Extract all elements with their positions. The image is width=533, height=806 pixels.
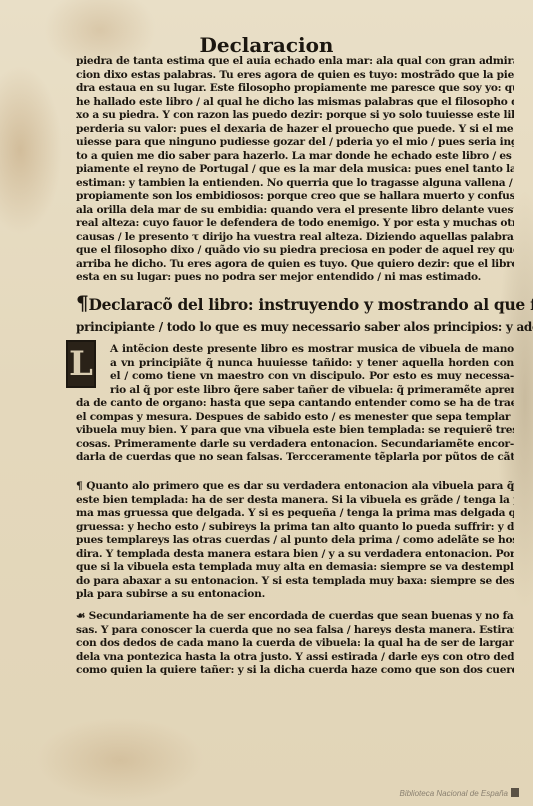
watermark-text: Biblioteca Nacional de España	[399, 789, 508, 798]
text-line: causas / le presento τ dirijo ha vuestra…	[76, 231, 514, 245]
manuscript-page: Declaracion piedra de tanta estima que e…	[0, 0, 533, 806]
text-line: ma mas gruessa que delgada. Y si es pequ…	[76, 507, 514, 521]
text-line: propiamente son los embidiosos: porque c…	[76, 190, 514, 204]
text-line: como quien la quiere tañer: y si la dich…	[76, 664, 514, 678]
section-heading-line-1: ¶Declaracõ del libro: instruyendo y most…	[76, 290, 516, 318]
text-line: sas. Y para conoscer la cuerda que no se…	[76, 624, 514, 638]
text-line: el compas y mesura. Despues de sabido es…	[76, 411, 514, 425]
text-line: do para abaxar a su entonacion. Y si est…	[76, 575, 514, 589]
text-line: rio al q̃ por este libro q̃ere saber tañ…	[76, 384, 514, 398]
text-line: to a quien me dio saber para hazerlo. La…	[76, 150, 514, 164]
text-line: piedra de tanta estima que el auia echad…	[76, 55, 514, 69]
text-line: pues templareys las otras cuerdas / al p…	[76, 534, 514, 548]
paragraph-3: ¶ Quanto alo primero que es dar su verda…	[76, 480, 514, 602]
section-heading-line-2: principiante / todo lo que es muy necess…	[76, 318, 516, 336]
text-line: real alteza: cuyo fauor le defendera de …	[76, 217, 514, 231]
running-head: Declaracion	[0, 33, 533, 57]
text-line: dira. Y templada desta manera estara bie…	[76, 548, 514, 562]
text-line: arriba he dicho. Tu eres agora de quien …	[76, 258, 514, 272]
text-line: ¶ Quanto alo primero que es dar su verda…	[76, 480, 514, 494]
text-line: he hallado este libro / al qual he dicho…	[76, 96, 514, 110]
section-heading: ¶Declaracõ del libro: instruyendo y most…	[76, 290, 516, 336]
paragraph-1: piedra de tanta estima que el auia echad…	[76, 55, 514, 285]
text-line: estiman: y tambien la entienden. No quer…	[76, 177, 514, 191]
text-line: darla de cuerdas que no sean falsas. Ter…	[76, 451, 514, 465]
paragraph-2: A intẽcion deste presente libro es mostr…	[76, 343, 514, 465]
text-line: con dos dedos de cada mano la cuerda de …	[76, 637, 514, 651]
text-line: dela vna pontezica hasta la otra justo. …	[76, 651, 514, 665]
text-line: este bien templada: ha de ser desta mane…	[76, 494, 514, 508]
pilcrow-icon: ¶	[76, 291, 88, 315]
text-line: uiesse para que ninguno pudiesse gozar d…	[76, 136, 514, 150]
text-line: da de canto de organo: hasta que sepa ca…	[76, 397, 514, 411]
text-line: a vn principiãte q̃ nunca huuiesse tañid…	[76, 357, 514, 371]
text-line: piamente el reyno de Portugal / que es l…	[76, 163, 514, 177]
text-line: A intẽcion deste presente libro es mostr…	[76, 343, 514, 357]
text-line: cion dixo estas palabras. Tu eres agora …	[76, 69, 514, 83]
library-logo-icon	[511, 788, 519, 797]
text-line: pla para subirse a su entonacion.	[76, 588, 514, 602]
text-line: que el filosopho dixo / quãdo vio su pie…	[76, 244, 514, 258]
text-line: el / como tiene vn maestro con vn discip…	[76, 370, 514, 384]
library-watermark: Biblioteca Nacional de España	[399, 788, 519, 798]
text-line: dra estaua en su lugar. Este filosopho p…	[76, 82, 514, 96]
text-line: que si la vibuela esta templada muy alta…	[76, 561, 514, 575]
text-line: cosas. Primeramente darle su verdadera e…	[76, 438, 514, 452]
text-line: perderia su valor: pues el dexaria de ha…	[76, 123, 514, 137]
text-line: xo a su piedra. Y con razon las puedo de…	[76, 109, 514, 123]
text-line: esta en su lugar: pues no podra ser mejo…	[76, 271, 514, 285]
text-line: gruessa: y hecho esto / subireys la prim…	[76, 521, 514, 535]
text-line: vibuela muy bien. Y para que vna vibuela…	[76, 424, 514, 438]
text-line: ala orilla dela mar de su embidia: quand…	[76, 204, 514, 218]
text-line: ☙ Secundariamente ha de ser encordada de…	[76, 610, 514, 624]
paragraph-4: ☙ Secundariamente ha de ser encordada de…	[76, 610, 514, 678]
